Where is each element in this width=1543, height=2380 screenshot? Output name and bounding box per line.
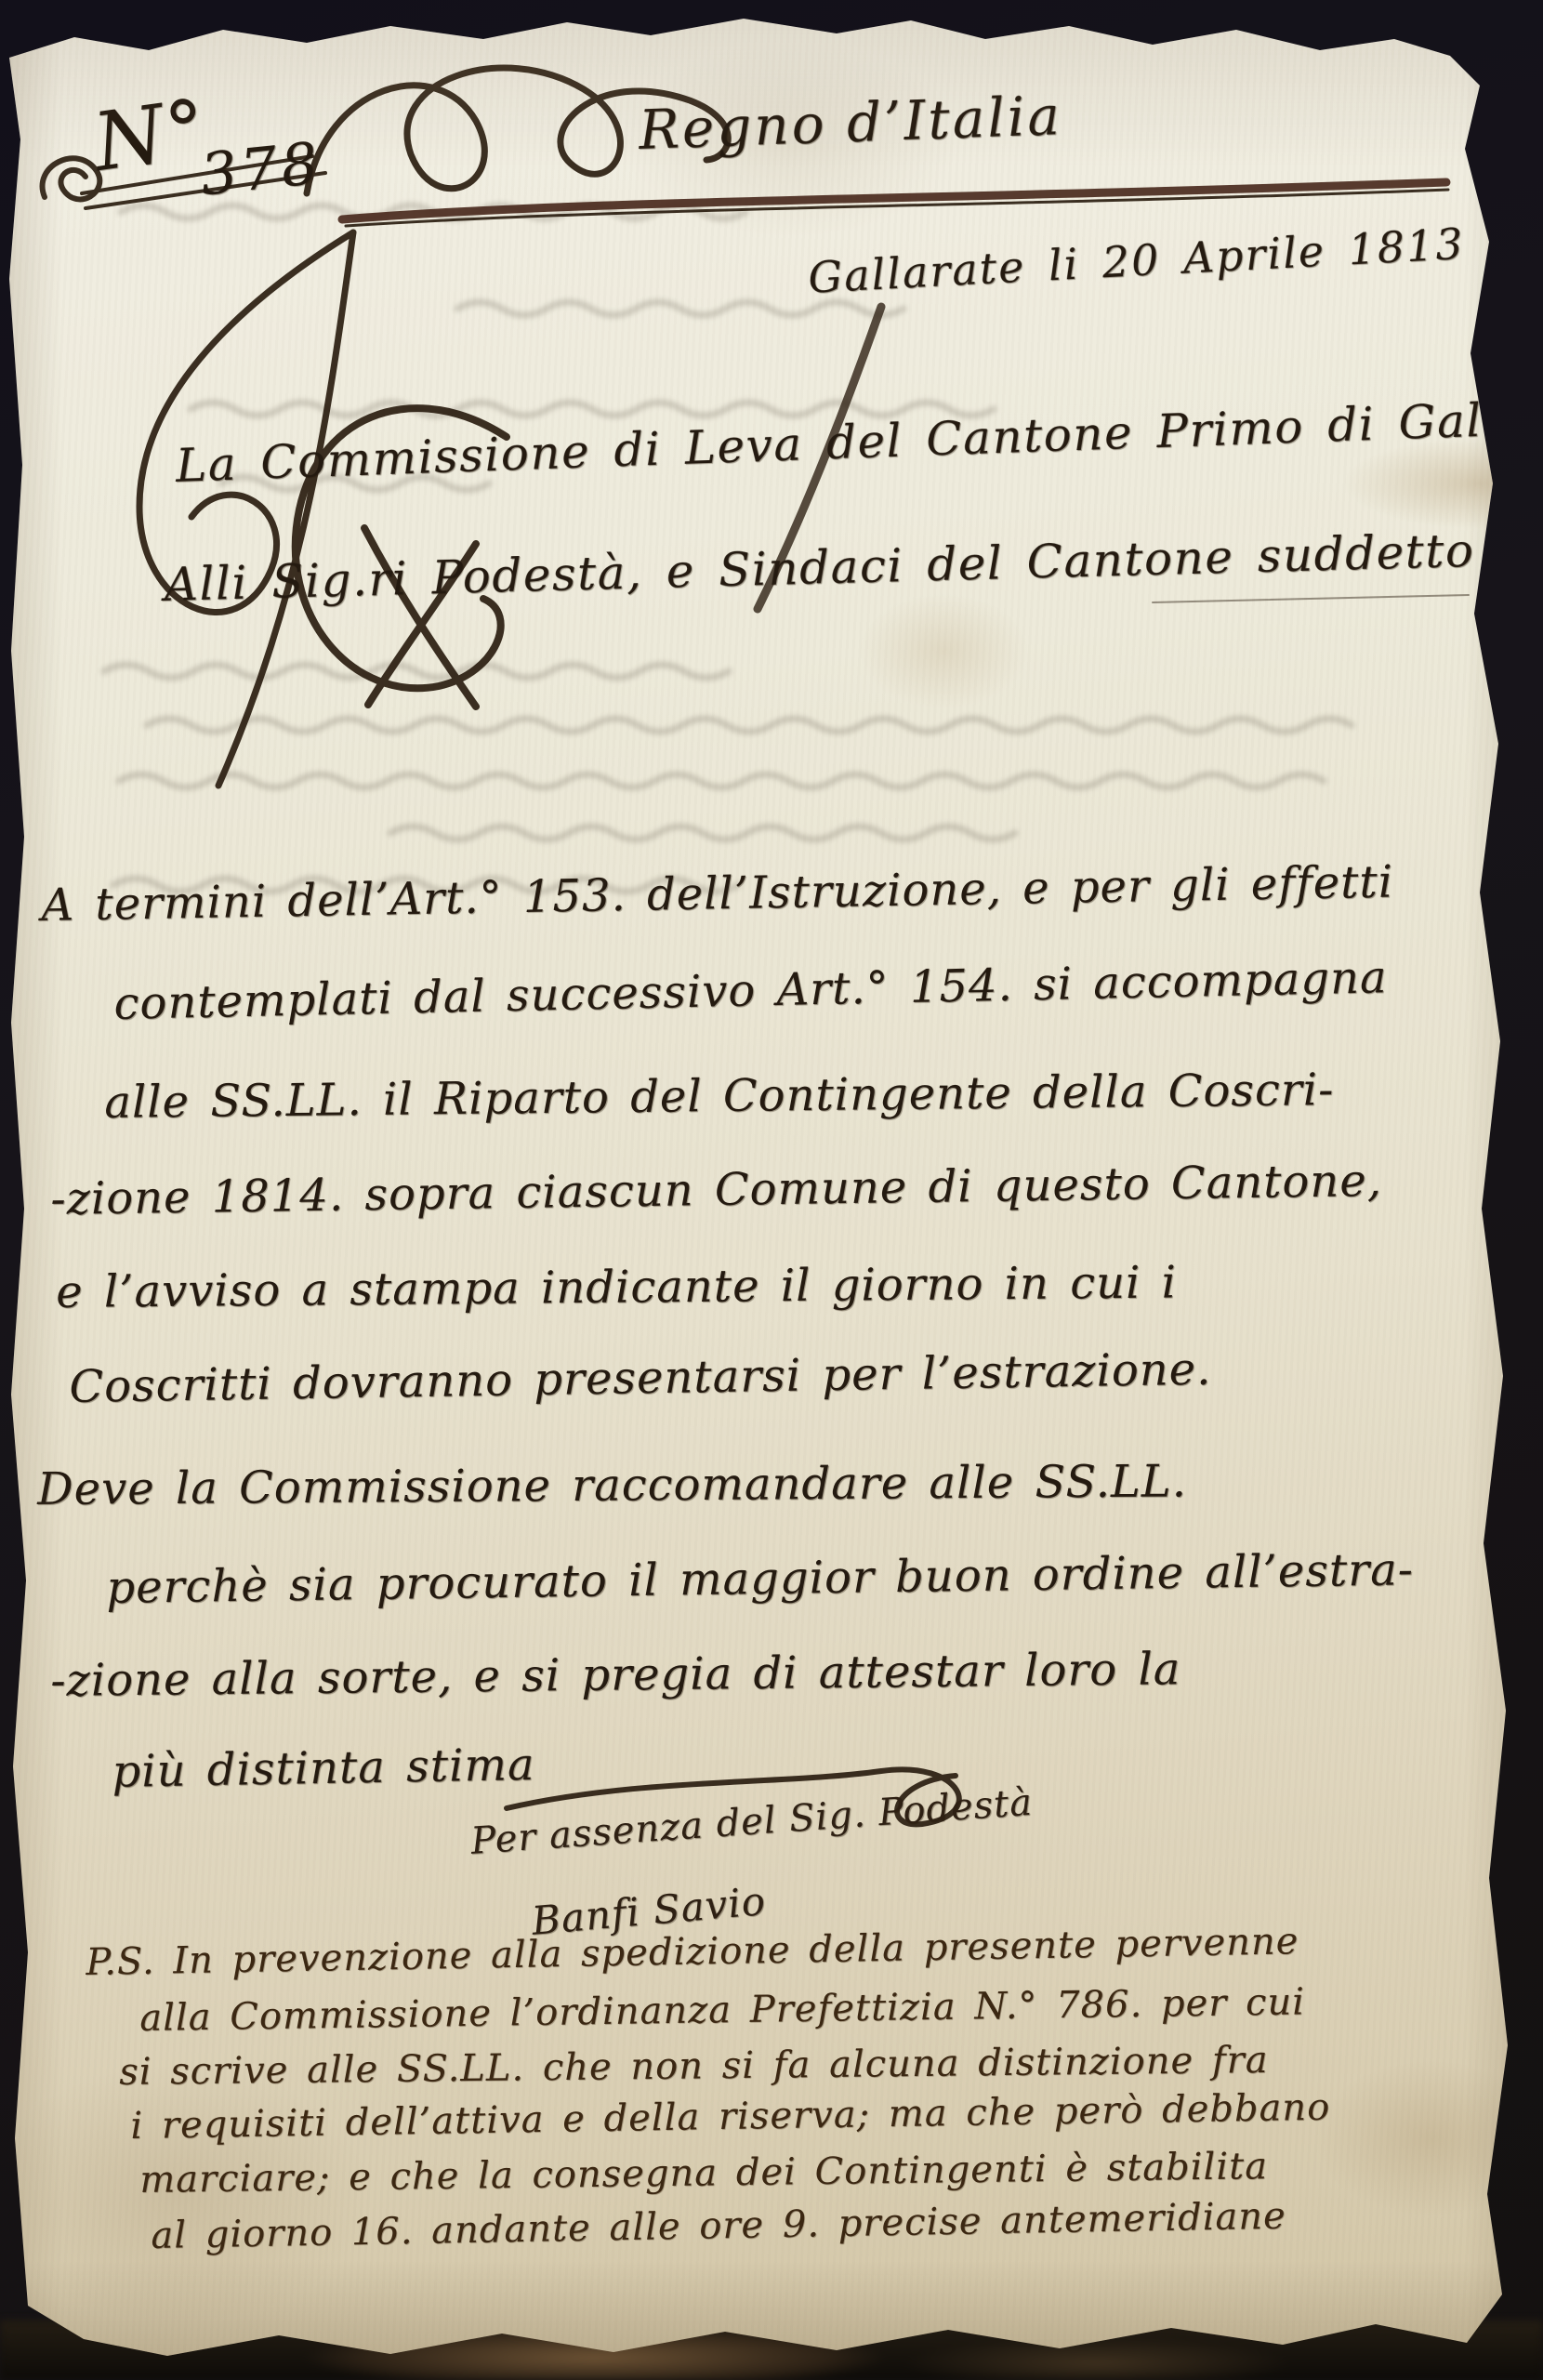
body-line: e l’avviso a stampa indicante il giorno … — [56, 1256, 1177, 1318]
manuscript-paper: N° 378 Regno d’Italia Gallarate li 20 Ap… — [0, 0, 1543, 2380]
document-number-label: N° — [88, 82, 214, 190]
body-line: più distinta stima — [112, 1739, 535, 1798]
document-number: 378 — [197, 128, 324, 208]
photo-background: N° 378 Regno d’Italia Gallarate li 20 Ap… — [0, 0, 1543, 2380]
body-line: Deve la Commissione raccomandare alle SS… — [37, 1455, 1187, 1515]
heading-underline — [342, 182, 1446, 219]
addressee-hairline — [1153, 595, 1469, 602]
